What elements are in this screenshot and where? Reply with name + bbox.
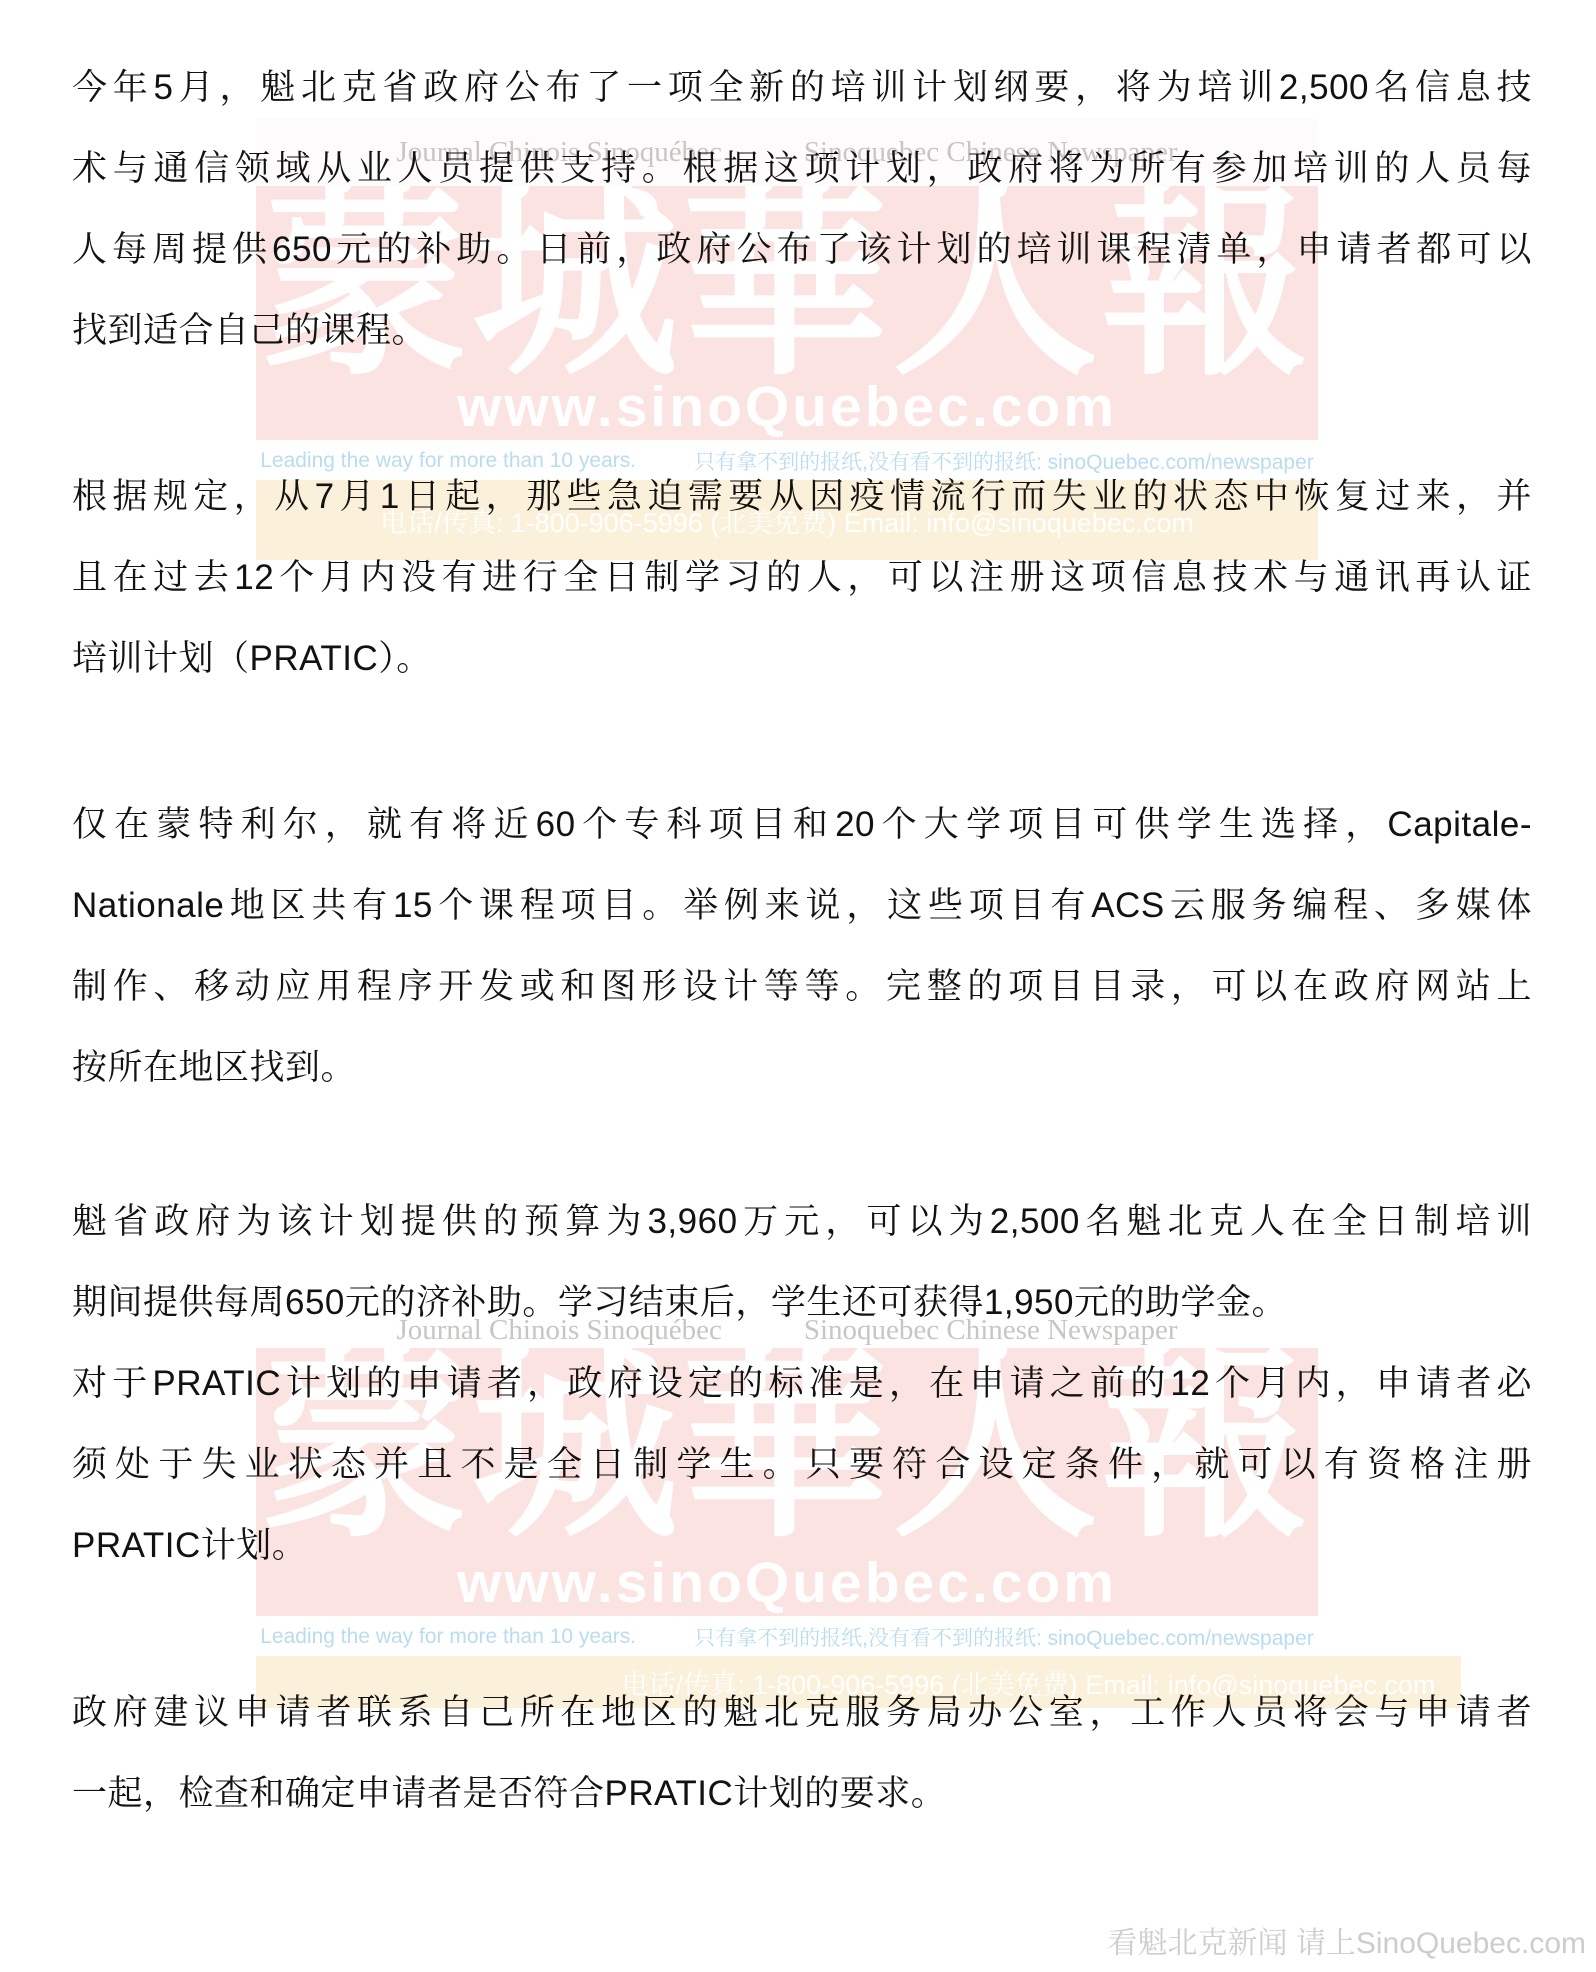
article-line: 仅在蒙特利尔，就有将近60个专科项目和20个大学项目可供学生选择，Capital… [72,784,1532,865]
article-paragraph: 魁省政府为该计划提供的预算为3,960万元，可以为2,500名魁北克人在全日制培… [72,1181,1532,1343]
article-line: 制作、移动应用程序开发或和图形设计等等。完整的项目目录，可以在政府网站上 [72,946,1532,1027]
article-line: 培训计划（PRATIC）。 [72,618,1532,699]
article-line: 按所在地区找到。 [72,1027,1532,1108]
article-line: 找到适合自己的课程。 [72,290,1532,371]
article-text: 今年5月，魁北克省政府公布了一项全新的培训计划纲要，将为培训2,500名信息技术… [72,0,1532,1972]
article-line: 今年5月，魁北克省政府公布了一项全新的培训计划纲要，将为培训2,500名信息技 [72,47,1532,128]
article-paragraph: 政府建议申请者联系自己所在地区的魁北克服务局办公室，工作人员将会与申请者一起，检… [72,1672,1532,1834]
article-page: Journal Chinois Sinoquébec Sinoquebec Ch… [0,0,1596,1972]
article-line: 对于PRATIC计划的申请者，政府设定的标准是，在申请之前的12个月内，申请者必 [72,1343,1532,1424]
article-paragraph: 对于PRATIC计划的申请者，政府设定的标准是，在申请之前的12个月内，申请者必… [72,1343,1532,1586]
article-paragraph: 仅在蒙特利尔，就有将近60个专科项目和20个大学项目可供学生选择，Capital… [72,784,1532,1108]
article-line: 政府建议申请者联系自己所在地区的魁北克服务局办公室，工作人员将会与申请者 [72,1672,1532,1753]
article-line: 且在过去12个月内没有进行全日制学习的人，可以注册这项信息技术与通讯再认证 [72,537,1532,618]
footer-credit: 看魁北克新闻 请上SinoQuebec.com [1108,1918,1586,1962]
article-line: 根据规定，从7月1日起，那些急迫需要从因疫情流行而失业的状态中恢复过来，并 [72,456,1532,537]
article-line: 须处于失业状态并且不是全日制学生。只要符合设定条件，就可以有资格注册 [72,1424,1532,1505]
article-line: PRATIC计划。 [72,1505,1532,1586]
article-line: 人每周提供650元的补助。日前，政府公布了该计划的培训课程清单，申请者都可以 [72,209,1532,290]
article-line: Nationale地区共有15个课程项目。举例来说，这些项目有ACS云服务编程、… [72,865,1532,946]
article-line: 术与通信领域从业人员提供支持。根据这项计划，政府将为所有参加培训的人员每 [72,128,1532,209]
article-paragraph: 根据规定，从7月1日起，那些急迫需要从因疫情流行而失业的状态中恢复过来，并且在过… [72,456,1532,699]
article-line: 魁省政府为该计划提供的预算为3,960万元，可以为2,500名魁北克人在全日制培… [72,1181,1532,1262]
article-line: 期间提供每周650元的济补助。学习结束后，学生还可获得1,950元的助学金。 [72,1262,1532,1343]
article-line: 一起，检查和确定申请者是否符合PRATIC计划的要求。 [72,1753,1532,1834]
article-paragraph: 今年5月，魁北克省政府公布了一项全新的培训计划纲要，将为培训2,500名信息技术… [72,47,1532,371]
